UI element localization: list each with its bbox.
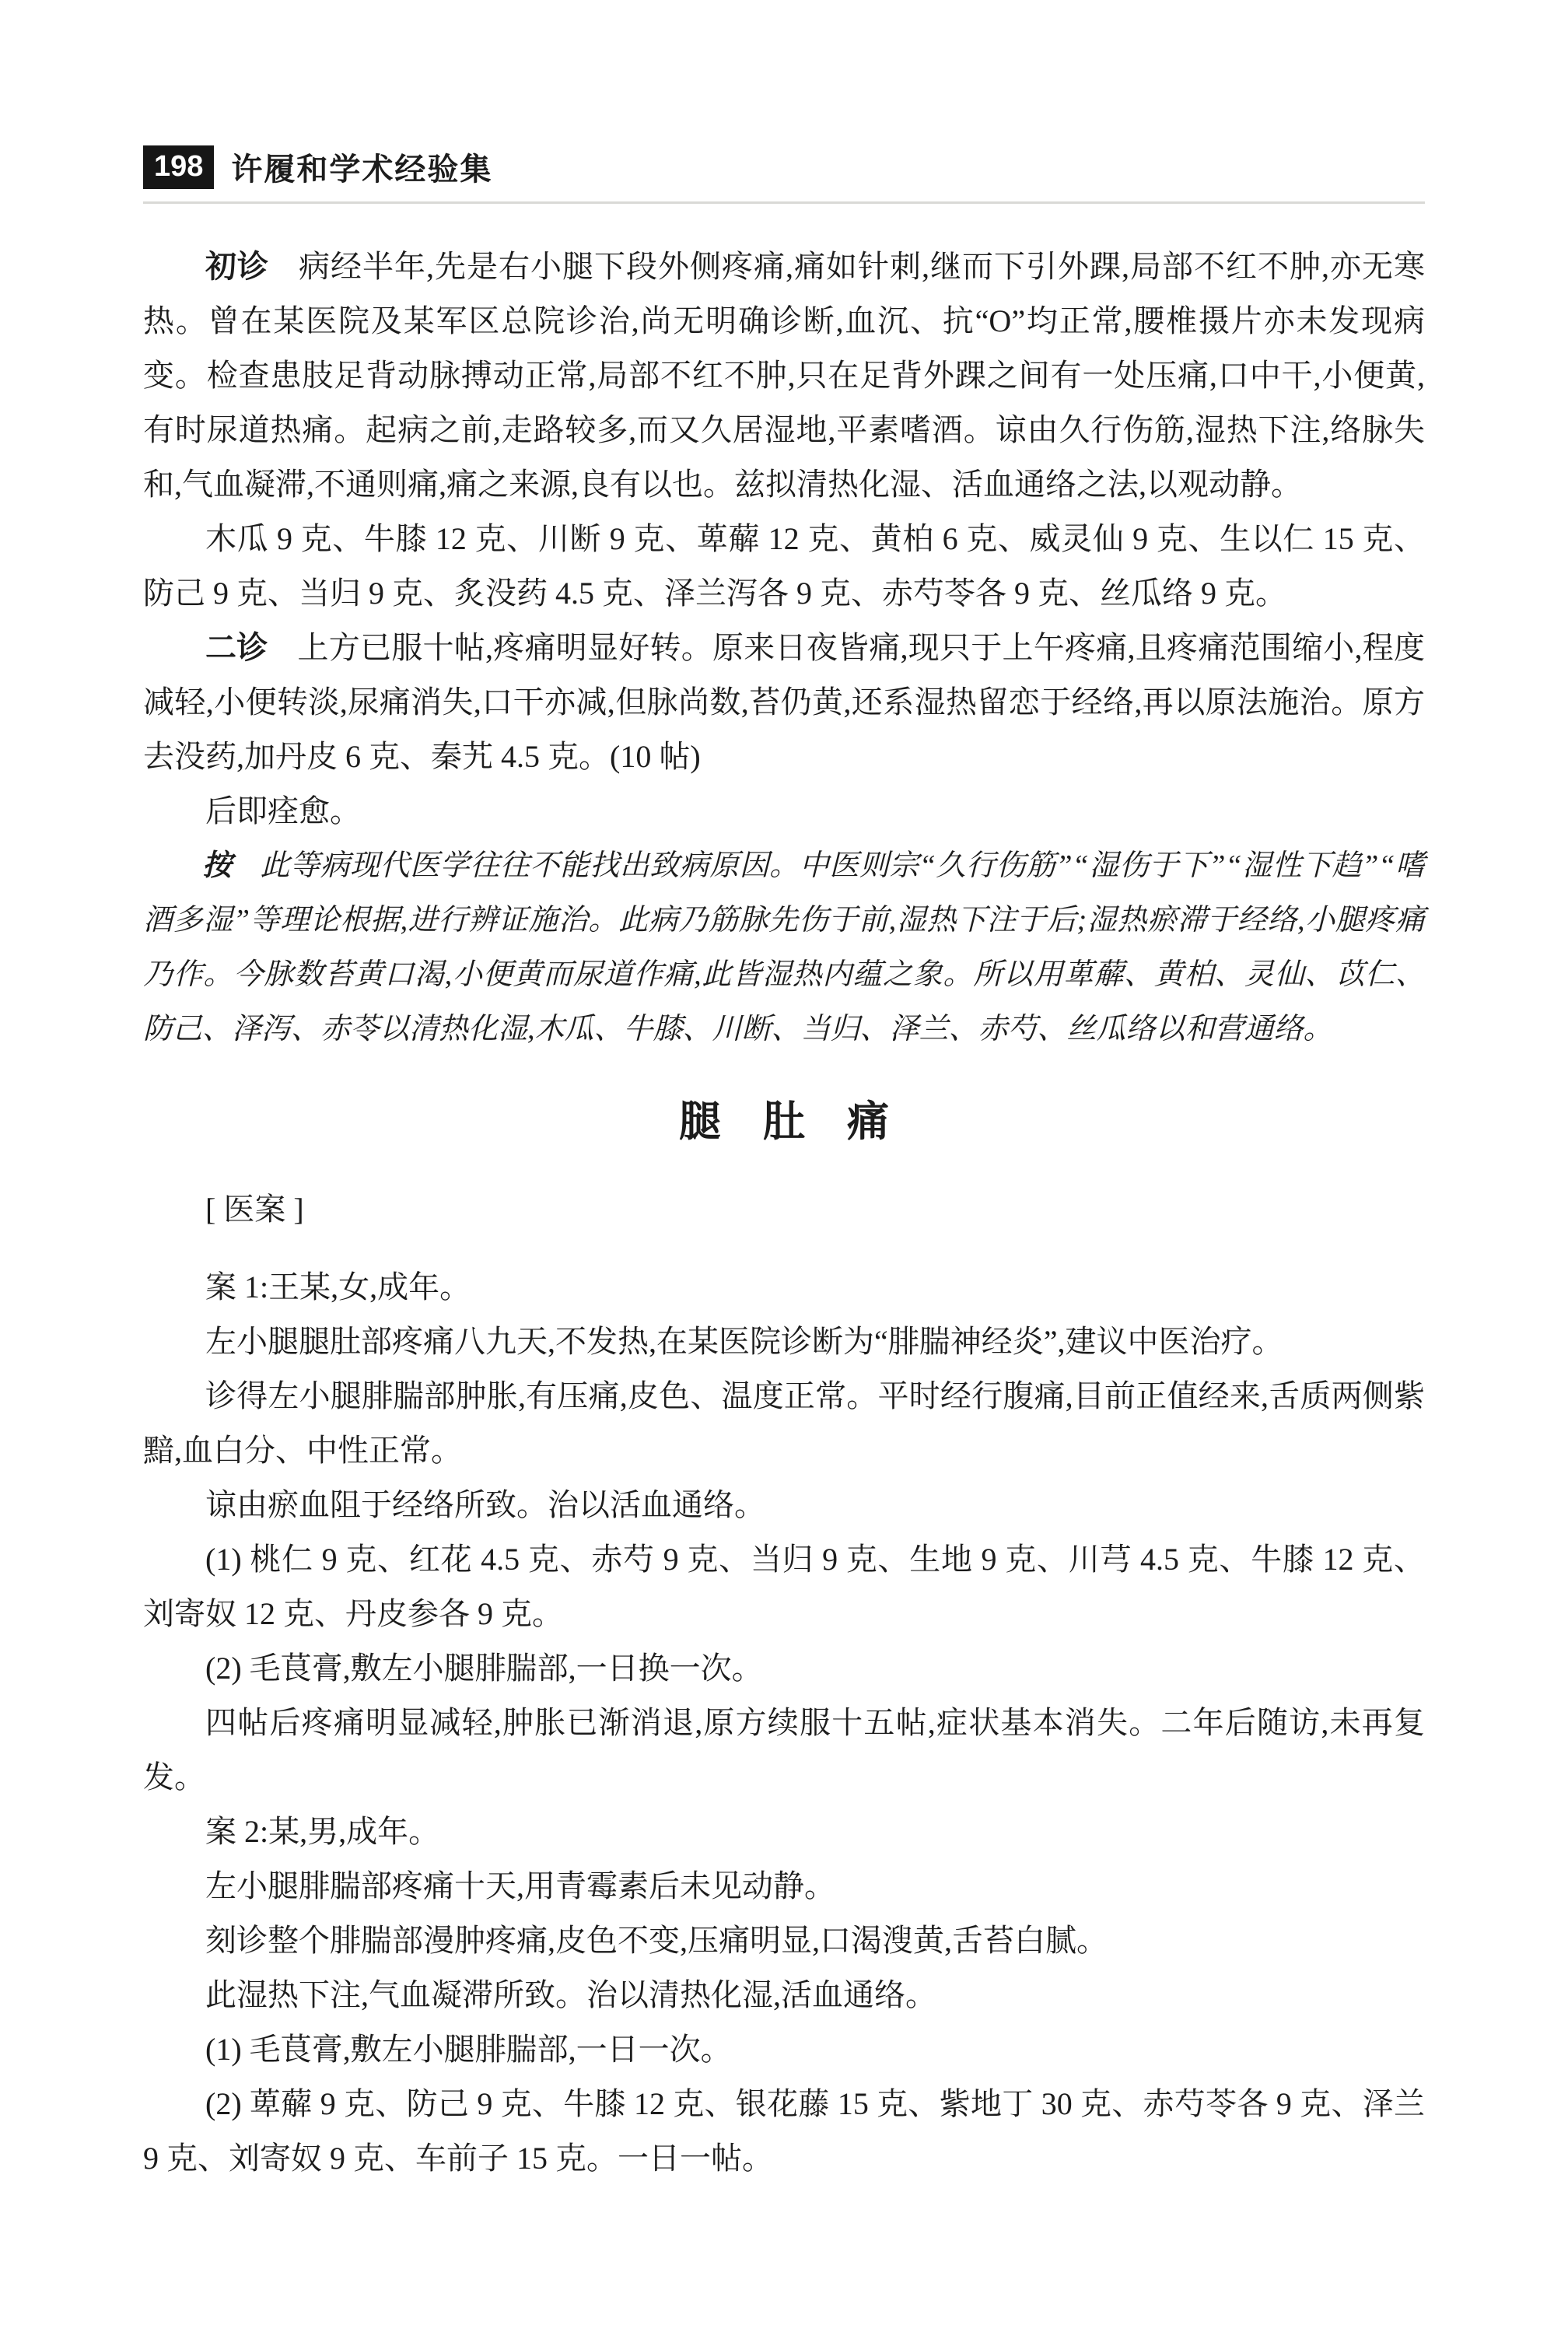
commentary-text: 此等病现代医学往往不能找出致病原因。中医则宗“久行伤筋”“湿伤于下”“湿性下趋”… <box>143 849 1425 1045</box>
case1-heading-paragraph: 案 1:王某,女,成年。 <box>143 1260 1425 1315</box>
case1-complaint-paragraph: 左小腿腿肚部疼痛八九天,不发热,在某医院诊断为“腓腨神经炎”,建议中医治疗。 <box>143 1315 1425 1369</box>
commentary-label: 按 <box>202 849 233 882</box>
case1-outcome-paragraph: 四帖后疼痛明显减轻,肿胀已渐消退,原方续服十五帖,症状基本消失。二年后随访,未再… <box>143 1696 1425 1805</box>
case1-prescription1-paragraph: (1) 桃仁 9 克、红花 4.5 克、赤芍 9 克、当归 9 克、生地 9 克… <box>143 1532 1425 1641</box>
book-title: 许履和学术经验集 <box>231 145 492 189</box>
case2-exam-paragraph: 刻诊整个腓腨部漫肿疼痛,皮色不变,压痛明显,口渴溲黄,舌苔白腻。 <box>143 1914 1425 1968</box>
case2-prescription2-paragraph: (2) 萆薢 9 克、防己 9 克、牛膝 12 克、银花藤 15 克、紫地丁 3… <box>143 2077 1425 2186</box>
case2-prescription1-paragraph: (1) 毛茛膏,敷左小腿腓腨部,一日一次。 <box>143 2022 1425 2077</box>
commentary-paragraph: 按此等病现代医学往往不能找出致病原因。中医则宗“久行伤筋”“湿伤于下”“湿性下趋… <box>143 839 1425 1056</box>
first-visit-text: 病经半年,先是右小腿下段外侧疼痛,痛如针刺,继而下引外踝,局部不红不肿,亦无寒热… <box>143 249 1425 502</box>
page-header: 198 许履和学术经验集 <box>143 145 1425 189</box>
case1-diagnosis-paragraph: 谅由瘀血阻于经络所致。治以活血通络。 <box>143 1478 1425 1532</box>
prescription-paragraph: 木瓜 9 克、牛膝 12 克、川断 9 克、萆薢 12 克、黄柏 6 克、威灵仙… <box>143 512 1425 621</box>
case1-prescription2-paragraph: (2) 毛茛膏,敷左小腿腓腨部,一日换一次。 <box>143 1641 1425 1696</box>
case1-exam-paragraph: 诊得左小腿腓腨部肿胀,有压痛,皮色、温度正常。平时经行腹痛,目前正值经来,舌质两… <box>143 1369 1425 1478</box>
medical-cases-label: [ 医案 ] <box>143 1182 1425 1237</box>
case2-complaint-paragraph: 左小腿腓腨部疼痛十天,用青霉素后未见动静。 <box>143 1859 1425 1914</box>
case2-heading-paragraph: 案 2:某,男,成年。 <box>143 1805 1425 1859</box>
case2-diagnosis-paragraph: 此湿热下注,气血凝滞所致。治以清热化湿,活血通络。 <box>143 1968 1425 2022</box>
book-page: 198 许履和学术经验集 初诊病经半年,先是右小腿下段外侧疼痛,痛如针刺,继而下… <box>0 0 1568 2325</box>
header-divider <box>143 201 1425 204</box>
second-visit-paragraph: 二诊上方已服十帖,疼痛明显好转。原来日夜皆痛,现只于上午疼痛,且疼痛范围缩小,程… <box>143 621 1425 784</box>
first-visit-paragraph: 初诊病经半年,先是右小腿下段外侧疼痛,痛如针刺,继而下引外踝,局部不红不肿,亦无… <box>143 240 1425 512</box>
outcome-paragraph: 后即痊愈。 <box>143 784 1425 839</box>
second-visit-text: 上方已服十帖,疼痛明显好转。原来日夜皆痛,现只于上午疼痛,且疼痛范围缩小,程度减… <box>143 630 1425 774</box>
second-visit-label: 二诊 <box>205 630 268 665</box>
first-visit-label: 初诊 <box>205 249 269 284</box>
section-title: 腿 肚 痛 <box>143 1098 1425 1145</box>
page-body: 初诊病经半年,先是右小腿下段外侧疼痛,痛如针刺,继而下引外踝,局部不红不肿,亦无… <box>143 240 1425 2186</box>
page-number-badge: 198 <box>143 145 214 189</box>
